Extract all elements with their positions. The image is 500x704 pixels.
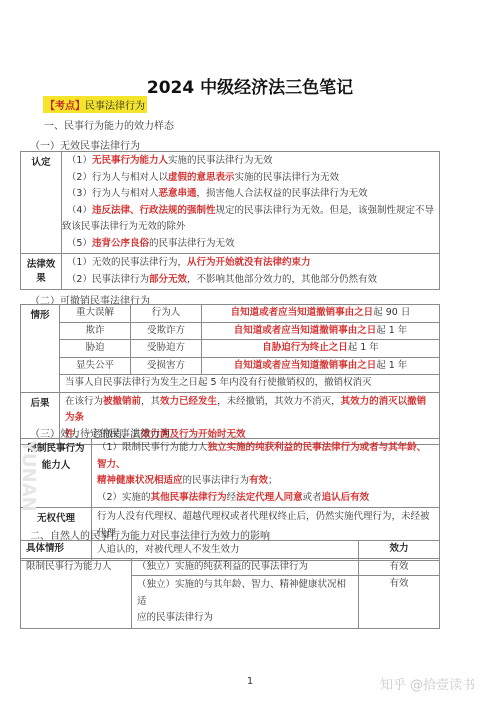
header-effect: 效力 <box>359 541 440 559</box>
situation-type: 显失公平 <box>60 357 131 375</box>
capacity-effect-table: 具体情形 效力 限制民事行为能力人 （独立）实施的纯获利益的民事法律行为 有效 … <box>20 540 440 629</box>
effect-value: 有效 <box>359 558 440 576</box>
time-limit: 自知道或者应当知道撤销事由之日起 1 年 <box>202 357 440 375</box>
table-row: 胁迫 受胁迫方 自胁迫行为终止之日起 1 年 <box>21 340 440 358</box>
bracket-open: 【 <box>45 101 55 112</box>
rights-holder: 受欺诈方 <box>131 322 202 340</box>
invalid-acts-table: 认定 （1）无民事行为能力人实施的民事法律行为无效 （2）行为人与相对人以虚假的… <box>20 151 440 290</box>
section-1-heading: 一、民事行为能力的效力样态 <box>44 117 174 132</box>
list-item: （3）行为人与相对人恶意串通，损害他人合法权益的民事法律行为无效 <box>67 186 434 203</box>
table-header-row: 具体情形 效力 <box>21 541 440 559</box>
rights-holder: 行为人 <box>131 305 202 323</box>
bracket-close: 】 <box>75 101 85 112</box>
rights-holder: 受损害方 <box>131 357 202 375</box>
group-label: 限制民事行为能力人 <box>21 558 132 628</box>
list-item: （4）违反法律、行政法规的强制性规定的民事法律行为无效。但是，该强制性规定不导 <box>67 203 434 220</box>
key-point-tag: 考点 <box>55 101 75 112</box>
list-item: （1）无民事行为能力人实施的民事法律行为无效 <box>67 153 434 170</box>
time-limit: 自胁迫行为终止之日起 1 年 <box>202 340 440 358</box>
table-row: 欺诈 受欺诈方 自知道或者应当知道撤销事由之日起 1 年 <box>21 322 440 340</box>
key-point-topic: 民事法律行为 <box>85 101 145 112</box>
situation-type: 重大误解 <box>60 305 131 323</box>
table-row: 法律效果 （1）无效的民事法律行为，从行为开始就没有法律约束力 （2）民事法律行… <box>21 254 440 290</box>
row-label: 认定 <box>21 152 62 254</box>
key-point-label: 【考点】民事法律行为 <box>43 96 147 113</box>
list-item: （2）实施的其他民事法律行为经法定代理人同意或者追认后有效 <box>97 490 434 507</box>
effect-value: 有效 <box>359 576 440 629</box>
table-row: 限制民事行为能力人 （独立）实施的纯获利益的民事法律行为 有效 <box>21 558 440 576</box>
row-content: （1）限制民事行为能力人独立实施的纯获利益的民事法律行为或者与其年龄、智力、精神… <box>92 439 440 508</box>
situation-type: 胁迫 <box>60 340 131 358</box>
table-row: 限制民事行为能力人 （1）限制民事行为能力人独立实施的纯获利益的民事法律行为或者… <box>21 439 440 508</box>
table-row: 显失公平 受损害方 自知道或者应当知道撤销事由之日起 1 年 <box>21 357 440 375</box>
situation-type: 欺诈 <box>60 322 131 340</box>
revocable-acts-table: 情形 重大误解 行为人 自知道或者应当知道撤销事由之日起 90 日 欺诈 受欺诈… <box>20 304 440 445</box>
subsection-invalid-heading: （一）无效民事法律行为 <box>30 137 140 152</box>
list-item: （2）行为人与相对人以虚假的意思表示实施的民事法律行为无效 <box>67 170 434 187</box>
rights-holder: 受胁迫方 <box>131 340 202 358</box>
time-limit: 自知道或者应当知道撤销事由之日起 90 日 <box>202 305 440 323</box>
list-item: （2）民事法律行为部分无效，不影响其他部分效力的，其他部分仍然有效 <box>67 272 434 289</box>
document-title: 2024 中级经济法三色笔记 <box>0 73 500 98</box>
row-label: 情形 <box>21 305 60 393</box>
list-item: （1）无效的民事法律行为，从行为开始就没有法律约束力 <box>67 255 434 272</box>
table-row: 认定 （1）无民事行为能力人实施的民事法律行为无效 （2）行为人与相对人以虚假的… <box>21 152 440 254</box>
zhihu-watermark: 知乎 @拾壹读书 <box>380 674 475 693</box>
list-item: （1）限制民事行为能力人独立实施的纯获利益的民事法律行为或者与其年龄、智力、精神… <box>97 440 434 490</box>
revocation-note: 当事人自民事法律行为发生之日起 5 年内没有行使撤销权的，撤销权消灭 <box>60 375 440 393</box>
list-item-continuation: 致该民事法律行为无效的除外 <box>62 219 434 236</box>
list-item: （5）违背公序良俗的民事法律行为无效 <box>67 236 434 253</box>
row-content: （1）无效的民事法律行为，从行为开始就没有法律约束力 （2）民事法律行为部分无效… <box>61 254 439 290</box>
table-row: 情形 重大误解 行为人 自知道或者应当知道撤销事由之日起 90 日 <box>21 305 440 323</box>
row-content: （1）无民事行为能力人实施的民事法律行为无效 （2）行为人与相对人以虚假的意思表… <box>61 152 439 254</box>
header-situation: 具体情形 <box>21 541 359 559</box>
time-limit: 自知道或者应当知道撤销事由之日起 1 年 <box>202 322 440 340</box>
row-label: 法律效果 <box>21 254 62 290</box>
situation-desc: （独立）实施的纯获利益的民事法律行为 <box>132 558 359 576</box>
table-row: 当事人自民事法律行为发生之日起 5 年内没有行使撤销权的，撤销权消灭 <box>21 375 440 393</box>
side-watermark: YUNAN <box>24 440 38 512</box>
situation-desc: （独立）实施的与其年龄、智力、精神健康状况相适应的民事法律行为 <box>132 576 359 629</box>
